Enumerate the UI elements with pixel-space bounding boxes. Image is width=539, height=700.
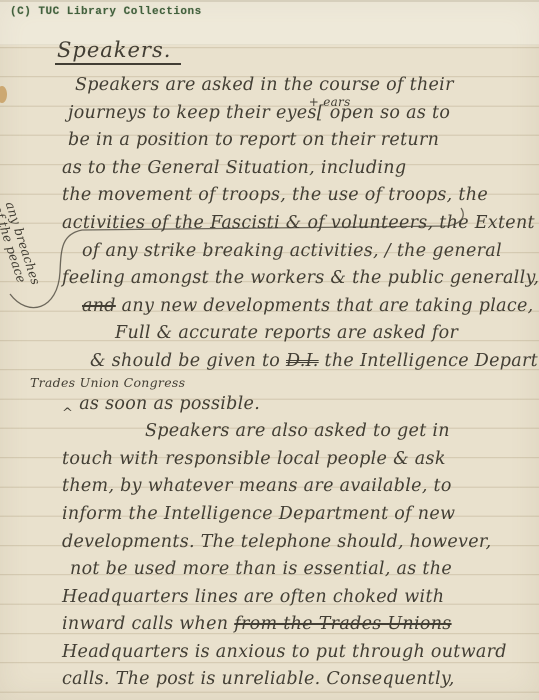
handwritten-text: Speakers are asked in the course of thei… [75, 75, 454, 95]
manuscript-line: touch with responsible local people & as… [62, 446, 539, 474]
handwritten-text: developments. The telephone should, howe… [62, 532, 491, 552]
page-title: Speakers. [55, 38, 181, 65]
manuscript-line: calls. The post is unreliable. Consequen… [62, 666, 539, 694]
manuscript-line: Headquarters lines are often choked with [62, 584, 539, 612]
handwritten-text: any new developments that are taking pla… [116, 296, 539, 316]
handwritten-text: Trades Union Congress [30, 375, 185, 390]
manuscript-line: inform the Intelligence Department of ne… [62, 501, 539, 529]
manuscript-line: Speakers are also asked to get in [145, 418, 539, 446]
manuscript-lines: Speakers are asked in the course of thei… [62, 72, 539, 694]
handwritten-text: Speakers are also asked to get in [145, 421, 450, 441]
paper-stain [0, 86, 7, 103]
caret-mark: ^ [62, 400, 73, 428]
handwritten-text: Headquarters is anxious to put through o… [62, 642, 507, 662]
manuscript-line: and any new developments that are taking… [82, 293, 539, 321]
handwritten-text: the movement of troops, the use of troop… [62, 185, 488, 205]
manuscript-line: inward calls when from the Trades Unions [62, 611, 539, 639]
handwritten-text: journeys to keep their eyes [68, 103, 317, 123]
handwritten-text: be in a position to report on their retu… [68, 130, 439, 150]
handwritten-text: of any strike breaking activities, / the… [82, 241, 502, 261]
handwritten-text: calls. The post is unreliable. Consequen… [62, 669, 455, 689]
manuscript-page: (C) TUC Library Collections Speakers. an… [0, 0, 539, 700]
struck-text: and [82, 296, 116, 316]
manuscript-line: them, by whatever means are available, t… [62, 473, 539, 501]
manuscript-line: not be used more than is essential, as t… [70, 556, 539, 584]
manuscript-line: Trades Union Congress [30, 376, 539, 391]
handwritten-text: touch with responsible local people & as… [62, 449, 446, 469]
handwritten-text: as soon as possible. [79, 394, 260, 414]
handwritten-text: Full & accurate reports are asked for [115, 323, 458, 343]
handwritten-text: not be used more than is essential, as t… [70, 559, 452, 579]
handwritten-text: them, by whatever means are available, t… [62, 476, 452, 496]
manuscript-line: feeling amongst the workers & the public… [62, 265, 539, 293]
handwritten-text: the Intelligence Departmt [319, 351, 539, 371]
handwritten-text: inward calls when [62, 614, 234, 634]
handwritten-text: inform the Intelligence Department of ne… [62, 504, 455, 524]
handwritten-text: feeling amongst the workers & the public… [62, 268, 539, 288]
handwritten-text: as to the General Situation, including [62, 158, 406, 178]
handwritten-text: & should be given to [90, 351, 286, 371]
manuscript-line: of any strike breaking activities, / the… [82, 238, 539, 266]
margin-note: any breaches of the peace [0, 200, 43, 290]
struck-text: from the Trades Unions [234, 614, 451, 634]
handwritten-text: activities of the Fascisti & of voluntee… [62, 213, 535, 233]
manuscript-line: Speakers are asked in the course of thei… [75, 72, 539, 100]
struck-text: D.I. [286, 351, 319, 371]
manuscript-line: the movement of troops, the use of troop… [62, 182, 539, 210]
manuscript-line: Headquarters is anxious to put through o… [62, 639, 539, 667]
manuscript-line: developments. The telephone should, howe… [62, 529, 539, 557]
manuscript-line: Full & accurate reports are asked for [115, 320, 539, 348]
manuscript-line: be in a position to report on their retu… [68, 127, 539, 155]
manuscript-line: & should be given to D.I. the Intelligen… [90, 348, 539, 376]
manuscript-line: ^as soon as possible. [62, 391, 539, 419]
copyright-text: (C) TUC Library Collections [10, 6, 202, 18]
manuscript-line: activities of the Fascisti & of voluntee… [62, 210, 539, 238]
manuscript-line: journeys to keep their eyes+ ears[ open … [68, 100, 539, 128]
handwritten-text: Headquarters lines are often choked with [62, 587, 444, 607]
manuscript-line: as to the General Situation, including [62, 155, 539, 183]
